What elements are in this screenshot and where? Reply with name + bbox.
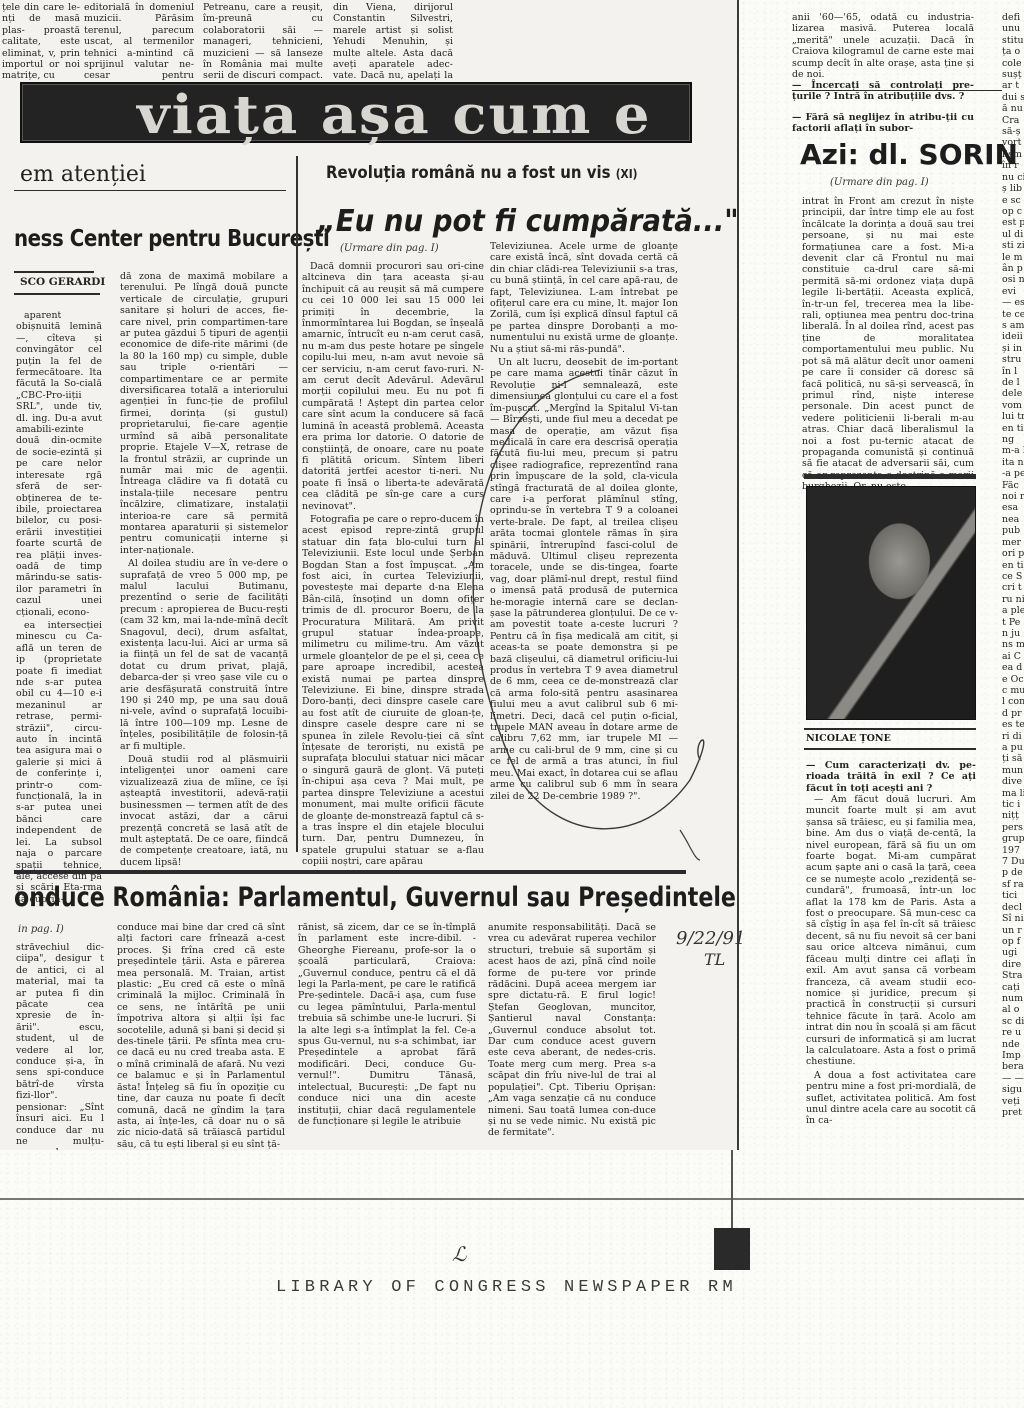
paragraph: Dacă domnii procurori sau ori-cine altci… [302,261,484,512]
portrait-photo [806,486,976,720]
left-headline: ness Center pentru București [14,226,329,252]
top-strip-col-1: țele din care le-nți de masă plas- proas… [2,2,80,82]
center-article-col-a: Dacă domnii procurori sau ori-cine altci… [302,261,484,868]
bottom-col-a: străvechiul dic-ciipa", desigur t de ant… [16,942,104,1150]
paragraph: Un alt lucru, deosebit de im-portant pe … [490,357,678,802]
paragraph: Televiziunea. Acele urme de gloanțe care… [490,241,678,355]
continued-note: (Urmare din pag. I) [830,177,929,188]
clipping-border [737,0,739,1150]
paragraph: intrat în Front am crezut în niște princ… [802,196,974,493]
right-question-1: — Încercați să controlați pre-țurile ? I… [792,80,974,103]
bottom-rule [0,1198,1024,1200]
right-answer-1: — Fără să neglijez în atribu-ții cu fact… [792,112,974,135]
byline-rule [14,293,100,295]
column-rule [296,156,298,852]
bottom-col-b: conduce mai bine dar cred că sînt alți f… [117,922,285,1150]
continued-note: in pag. I) [18,924,64,935]
paragraph: Al doilea studiu are în ve-dere o supraf… [120,558,288,752]
handwritten-initials: TL [704,950,725,969]
right-question-2: — Cum caracterizați dv. pe-rioada trăită… [806,760,976,794]
left-kicker: em atenției [20,162,146,187]
library-stamp: LIBRARY OF CONGRESS NEWSPAPER RM [276,1278,737,1297]
right-edge-fragments: defi unu stitu ța o cole sușț ar t dui s… [1002,0,1024,1150]
photo-caption: NICOLAE ȚONE [806,733,891,744]
caption-rule [804,748,976,750]
caption-rule [804,728,976,730]
bottom-headline: onduce România: Parlamentul, Guvernul sa… [14,882,738,913]
right-col-b: — Am făcut două lucruri. Am muncit foart… [806,794,976,1127]
section-rule [14,870,686,874]
bottom-col-c: rănist, să zicem, dar ce se în-tîmplă în… [298,922,476,1127]
left-byline: SCO GERARDI [20,276,105,288]
scanned-page: țele din care le-nți de masă plas- proas… [0,0,1024,1408]
paragraph: Fotografia pe care o repro-ducem în aces… [302,514,484,868]
paragraph: aparent obișnuită lemină —, cîteva și co… [16,310,102,618]
center-headline: „Eu nu pot fi cumpărată..." [318,204,738,239]
divider [792,90,1002,91]
paragraph: — Am făcut două lucruri. Am muncit foart… [806,794,976,1068]
newspaper-clipping: țele din care le-nți de masă plas- proas… [0,0,738,1150]
section-banner: viața așa cum e [20,82,692,143]
right-headline: Azi: dl. SORIN B [800,138,1024,171]
divider [14,190,286,191]
photo-rule [804,474,976,479]
edge-text: defi unu stitu ța o cole sușț ar t dui s… [1002,12,1024,1118]
registration-block [714,1228,750,1270]
handwritten-date: 9/22/91 [676,928,745,949]
byline-rule [14,271,94,273]
right-top-text: anii '60—'65, odată cu industria-lizarea… [792,12,974,80]
center-article-col-b: Televiziunea. Acele urme de gloanțe care… [490,241,678,802]
fold-line [731,1150,733,1230]
kicker-text: Revoluția română nu a fost un vis [326,163,611,183]
bottom-col-d: anumite responsabilități. Dacă se vrea c… [488,922,656,1139]
continued-note: (Urmare din pag. I) [340,243,439,254]
paragraph: Două studii rod al plăsmuirii inteligenț… [120,754,288,868]
right-col-a: intrat în Front am crezut în niște princ… [802,196,974,493]
center-kicker: Revoluția română nu a fost un vis (XI) [326,163,637,183]
kicker-number: (XI) [616,167,638,181]
paragraph: ea intersecției minescu cu Ca-află un te… [16,620,102,905]
left-article-col-a: aparent obișnuită lemină —, cîteva și co… [16,310,102,905]
handwritten-mark: ℒ [452,1242,466,1266]
paragraph: dă zona de maximă mobilare a terenului. … [120,271,288,556]
paragraph: A doua a fost activitatea care pentru mi… [806,1070,976,1127]
left-article-col-b: dă zona de maximă mobilare a terenului. … [120,271,288,868]
banner-title: viața așa cum e [137,84,652,147]
